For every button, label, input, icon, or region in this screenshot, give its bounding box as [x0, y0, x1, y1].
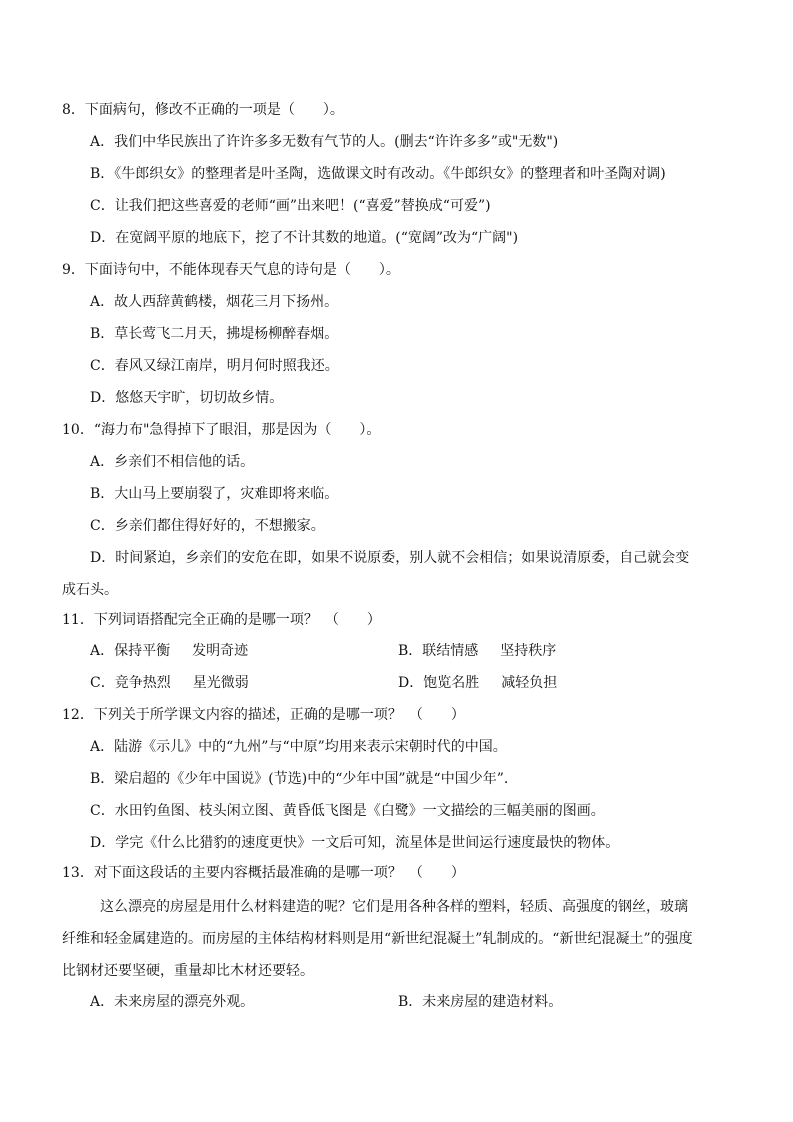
question-stem: 下面病句，修改不正确的一项是（ ）。 — [85, 102, 344, 118]
q12-option-d: D．学完《什么比猎豹的速度更快》一文后可知，流星体是世间运行速度最快的物体。 — [90, 834, 619, 852]
q9-option-c: C．春风又绿江南岸，明月何时照我还。 — [90, 357, 339, 375]
option-label: C． — [90, 518, 115, 534]
option-word2: 星光微弱 — [193, 675, 249, 691]
q11-option-a: A．保持平衡发明奇迹 — [90, 642, 248, 660]
option-label: A． — [90, 134, 114, 150]
q10-option-b: B．大山马上要崩裂了，灾难即将来临。 — [90, 485, 338, 503]
option-label: D． — [90, 550, 115, 566]
option-word1: 保持平衡 — [114, 643, 170, 659]
q13-option-a: A．未来房屋的漂亮外观。 — [90, 993, 254, 1011]
option-word2: 坚持秩序 — [500, 643, 556, 659]
option-label: B． — [398, 643, 422, 659]
option-word2: 发明奇迹 — [192, 643, 248, 659]
passage-line-2: 纤维和轻金属建造的。而房屋的主体结构材料则是用“新世纪混凝土”轧制成的。“新世纪… — [62, 930, 693, 948]
option-text: 未来房屋的漂亮外观。 — [114, 994, 254, 1010]
option-label: B． — [90, 326, 114, 342]
question-stem: 下列词语搭配完全正确的是哪一项？ （ ） — [94, 612, 381, 628]
option-label: A． — [90, 739, 114, 755]
option-word1: 竞争热烈 — [115, 675, 171, 691]
option-label: D． — [398, 675, 423, 691]
passage-line-1: 这么漂亮的房屋是用什么材料建造的呢？它们是用各种各样的塑料，轻质、高强度的钢丝，… — [100, 898, 688, 916]
option-label: A． — [90, 454, 114, 470]
option-label: A． — [90, 294, 114, 310]
q9-option-d: D．悠悠天宇旷，切切故乡情。 — [90, 389, 283, 407]
passage-line-3: 比钢材还要坚硬，重量却比木材还要轻。 — [62, 962, 314, 980]
option-label: D． — [90, 230, 115, 246]
option-text: 在宽阔平原的地底下，挖了不计其数的地道。(“宽阔”改为“广阔") — [115, 230, 518, 246]
q9-option-b: B．草长莺飞二月天，拂堤杨柳醉春烟。 — [90, 325, 338, 343]
q12-option-c: C．水田钓鱼图、枝头闲立图、黄昏低飞图是《白鹭》一文描绘的三幅美丽的图画。 — [90, 802, 605, 820]
option-label: B． — [90, 486, 114, 502]
q8-option-a: A．我们中华民族出了许许多多无数有气节的人。(删去“许许多多”或"无数") — [90, 133, 558, 151]
question-stem: 对下面这段话的主要内容概括最准确的是哪一项？ （ ） — [94, 865, 465, 881]
option-text: 未来房屋的建造材料。 — [422, 994, 562, 1010]
option-label: B． — [90, 771, 114, 787]
option-word1: 饱览名胜 — [423, 675, 479, 691]
question-number: 9． — [62, 262, 85, 278]
question-stem: 下面诗句中，不能体现春天气息的诗句是（ ）。 — [85, 262, 400, 278]
q8-option-d: D．在宽阔平原的地底下，挖了不计其数的地道。(“宽阔”改为“广阔") — [90, 229, 518, 247]
q13-option-b: B．未来房屋的建造材料。 — [398, 993, 562, 1011]
question-10: 10．“海力布"急得掉下了眼泪，那是因为（ ）。 — [62, 421, 380, 439]
q11-option-b: B．联结情感坚持秩序 — [398, 642, 556, 660]
option-text: 大山马上要崩裂了，灾难即将来临。 — [114, 486, 338, 502]
option-text: 时间紧迫，乡亲们的安危在即，如果不说原委，别人就不会相信；如果说清原委，自己就会… — [115, 550, 689, 566]
q9-option-a: A．故人西辞黄鹤楼，烟花三月下扬州。 — [90, 293, 338, 311]
option-text: 让我们把这些喜爱的老师“画”出来吧！(“喜爱”替换成“可爱”) — [115, 198, 491, 214]
q11-option-c: C．竞争热烈星光微弱 — [90, 674, 249, 692]
q11-option-d: D．饱览名胜减轻负担 — [398, 674, 557, 692]
question-8: 8．下面病句，修改不正确的一项是（ ）。 — [62, 101, 344, 119]
option-text: 草长莺飞二月天，拂堤杨柳醉春烟。 — [114, 326, 338, 342]
option-label: C． — [90, 675, 115, 691]
option-label: B． — [90, 166, 114, 182]
question-9: 9．下面诗句中，不能体现春天气息的诗句是（ ）。 — [62, 261, 400, 279]
option-label: C． — [90, 803, 115, 819]
q10-option-c: C．乡亲们都住得好好的，不想搬家。 — [90, 517, 325, 535]
question-11: 11．下列词语搭配完全正确的是哪一项？ （ ） — [62, 611, 381, 629]
question-number: 10． — [62, 422, 94, 438]
q10-option-d: D．时间紧迫，乡亲们的安危在即，如果不说原委，别人就不会相信；如果说清原委，自己… — [90, 549, 689, 567]
question-number: 13． — [62, 865, 94, 881]
option-text: 水田钓鱼图、枝头闲立图、黄昏低飞图是《白鹭》一文描绘的三幅美丽的图画。 — [115, 803, 605, 819]
option-text: 故人西辞黄鹤楼，烟花三月下扬州。 — [114, 294, 338, 310]
question-number: 8． — [62, 102, 85, 118]
q10-option-d-continuation: 成石头。 — [62, 581, 118, 599]
q8-option-c: C．让我们把这些喜爱的老师“画”出来吧！(“喜爱”替换成“可爱”) — [90, 197, 491, 215]
question-number: 11． — [62, 612, 94, 628]
option-text: 乡亲们不相信他的话。 — [114, 454, 254, 470]
q12-option-a: A．陆游《示儿》中的“九州”与“中原”均用来表示宋朝时代的中国。 — [90, 738, 507, 756]
option-label: A． — [90, 994, 114, 1010]
option-text: 乡亲们都住得好好的，不想搬家。 — [115, 518, 325, 534]
option-label: B． — [398, 994, 422, 1010]
option-text: 悠悠天宇旷，切切故乡情。 — [115, 390, 283, 406]
option-word1: 联结情感 — [422, 643, 478, 659]
option-label: D． — [90, 835, 115, 851]
question-13: 13．对下面这段话的主要内容概括最准确的是哪一项？ （ ） — [62, 864, 465, 882]
option-text: 《牛郎织女》的整理者是叶圣陶，选做课文时有改动。《牛郎织女》的整理者和叶圣陶对调… — [114, 166, 665, 182]
option-text: 梁启超的《少年中国说》(节选)中的“少年中国”就是“中国少年”. — [114, 771, 508, 787]
question-number: 12． — [62, 707, 94, 723]
question-stem: 下列关于所学课文内容的描述，正确的是哪一项？ （ ） — [94, 707, 465, 723]
option-text: 学完《什么比猎豹的速度更快》一文后可知，流星体是世间运行速度最快的物体。 — [115, 835, 619, 851]
q12-option-b: B．梁启超的《少年中国说》(节选)中的“少年中国”就是“中国少年”. — [90, 770, 508, 788]
option-label: C． — [90, 198, 115, 214]
option-label: C． — [90, 358, 115, 374]
q10-option-a: A．乡亲们不相信他的话。 — [90, 453, 254, 471]
option-label: D． — [90, 390, 115, 406]
q8-option-b: B．《牛郎织女》的整理者是叶圣陶，选做课文时有改动。《牛郎织女》的整理者和叶圣陶… — [90, 165, 666, 183]
question-stem: “海力布"急得掉下了眼泪，那是因为（ ）。 — [94, 422, 381, 438]
option-label: A． — [90, 643, 114, 659]
question-12: 12．下列关于所学课文内容的描述，正确的是哪一项？ （ ） — [62, 706, 465, 724]
option-text: 春风又绿江南岸，明月何时照我还。 — [115, 358, 339, 374]
option-text: 我们中华民族出了许许多多无数有气节的人。(删去“许许多多”或"无数") — [114, 134, 558, 150]
option-text: 陆游《示儿》中的“九州”与“中原”均用来表示宋朝时代的中国。 — [114, 739, 507, 755]
option-word2: 减轻负担 — [501, 675, 557, 691]
